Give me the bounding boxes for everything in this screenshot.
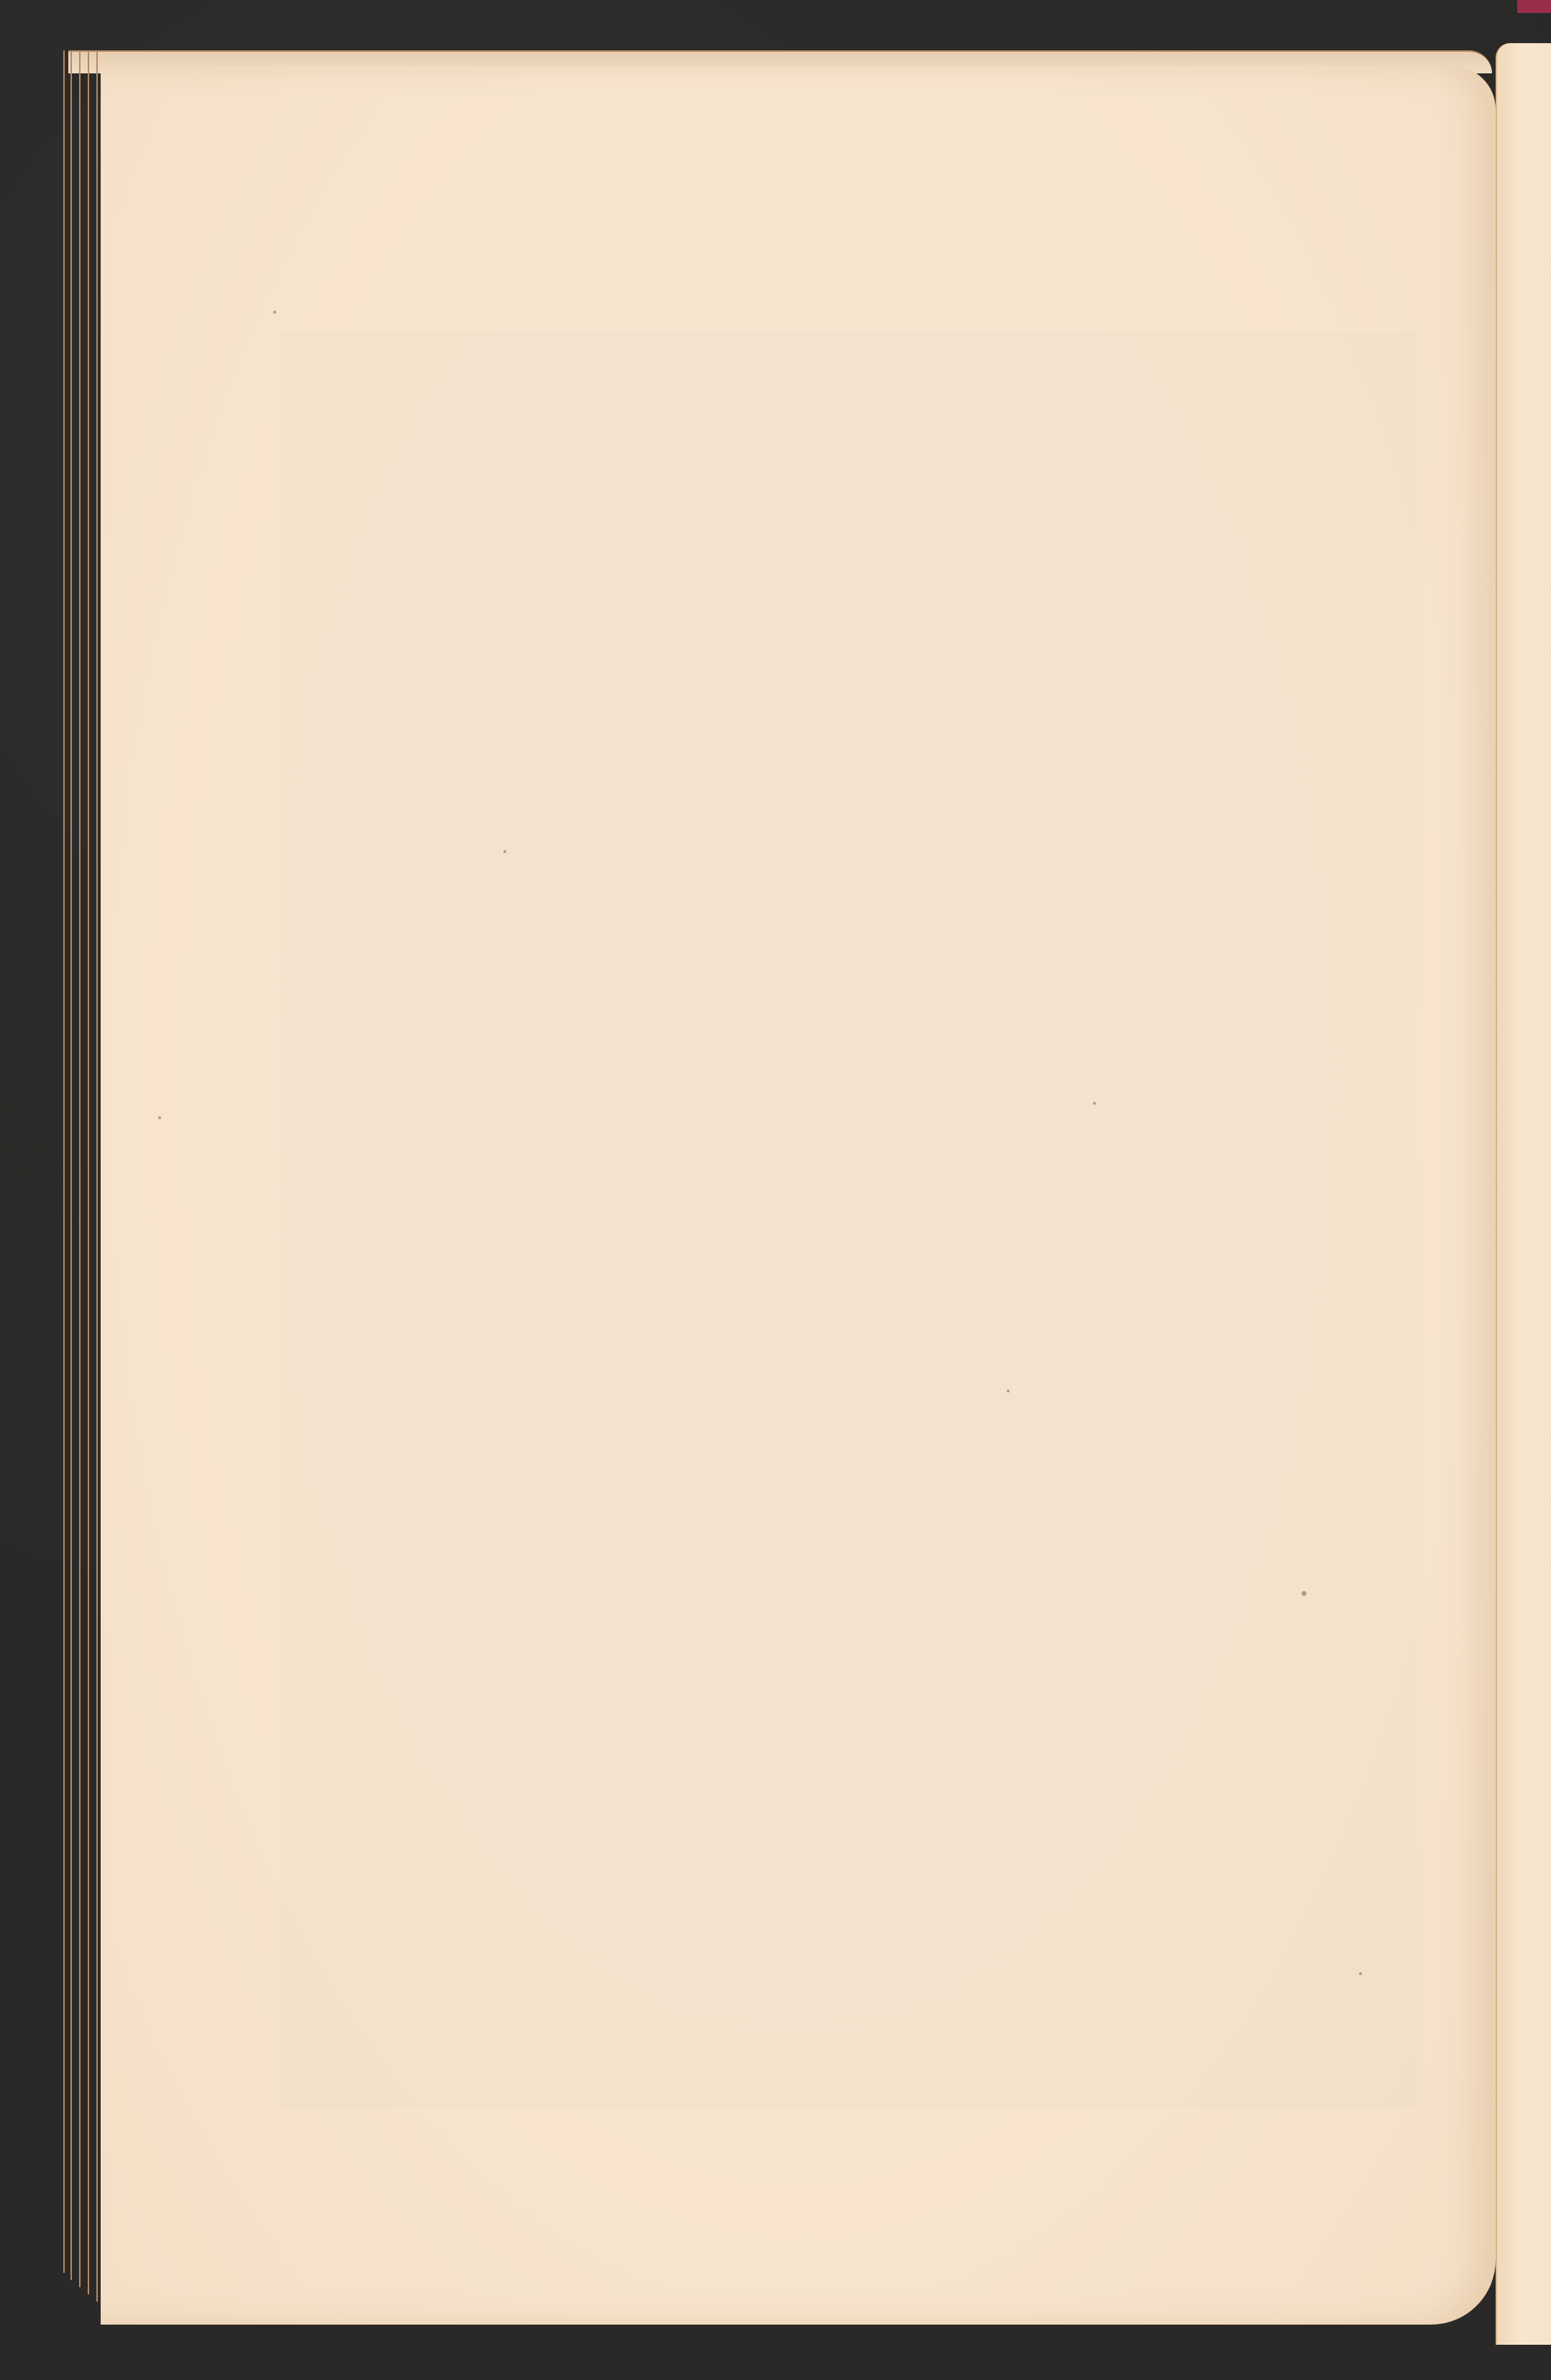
paper-speck: [273, 311, 276, 314]
paper-speck: [1301, 1591, 1307, 1596]
blank-page: [101, 66, 1496, 2325]
page-leaf-edge: [96, 50, 98, 2302]
page-leaf-edge: [79, 50, 81, 2287]
paper-speck: [503, 850, 506, 853]
page-leaf-edge: [88, 50, 89, 2294]
facing-page-curl: [1496, 43, 1551, 2345]
plate-show-through: [280, 332, 1417, 2109]
page-leaf-edge: [63, 50, 65, 2273]
paper-speck: [158, 1116, 161, 1119]
paper-speck: [1007, 1390, 1010, 1392]
page-leaf-edge: [70, 50, 72, 2280]
paper-speck: [1359, 1972, 1362, 1975]
paper-speck: [1093, 1102, 1096, 1105]
spine-accent: [1517, 0, 1551, 13]
